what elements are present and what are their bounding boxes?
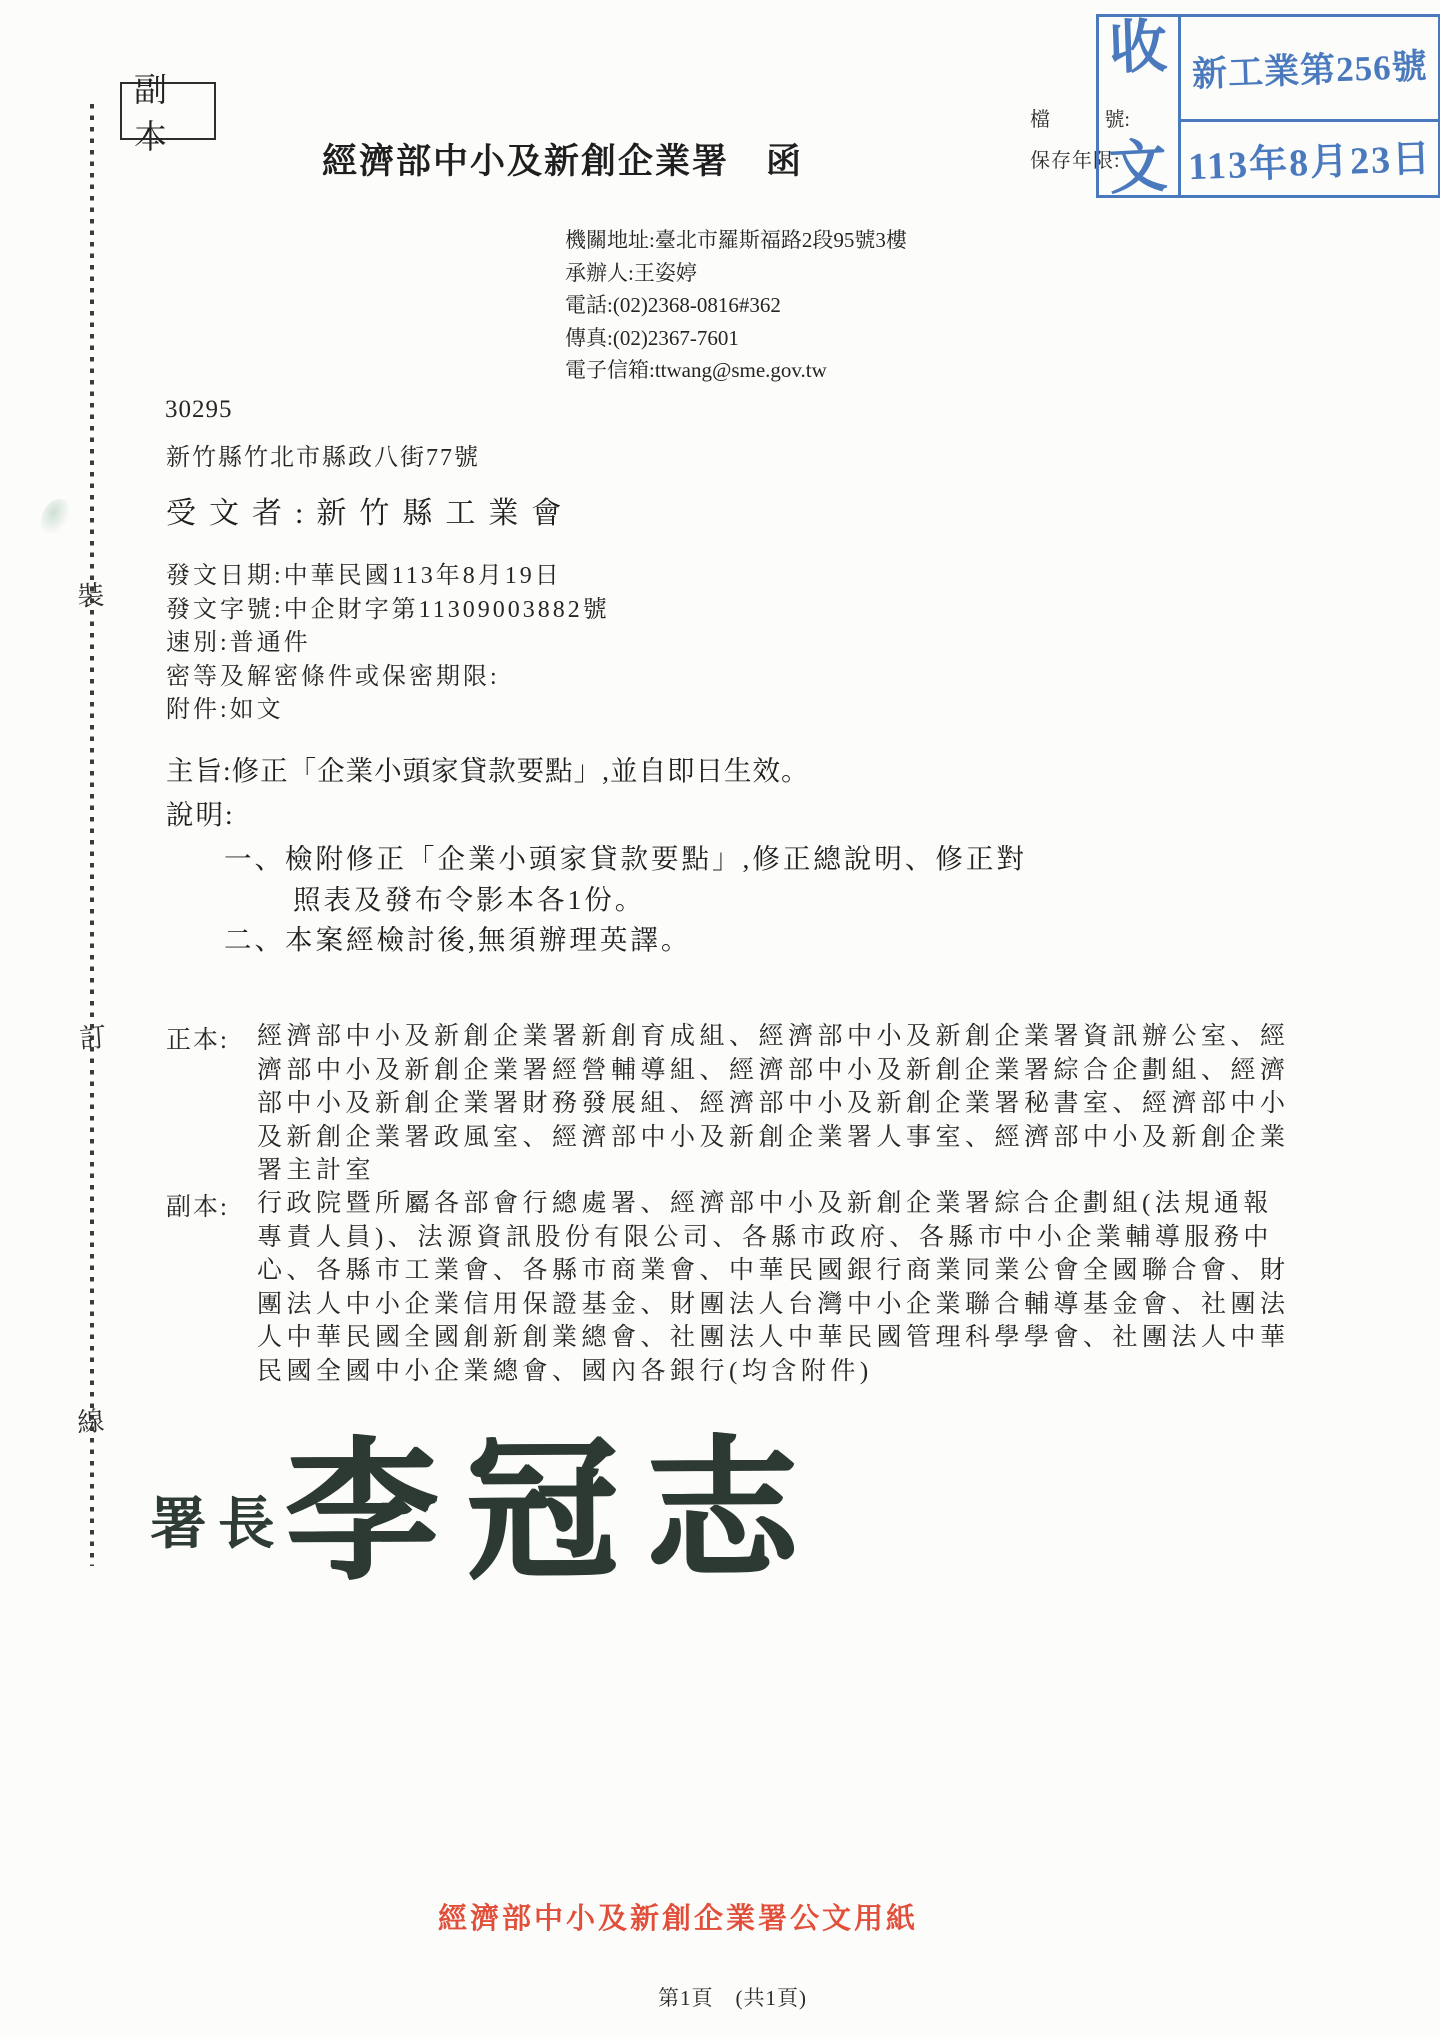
receipt-stamp-shou: 收 xyxy=(1108,18,1168,78)
meta-doc-number: 發文字號:中企財字第11309003882號 xyxy=(166,594,610,628)
sender-email: 電子信箱:ttwang@sme.gov.tw xyxy=(565,354,907,387)
receipt-stamp-date: 113年8月23日 xyxy=(1187,127,1433,190)
signature-title: 署長 xyxy=(150,1480,286,1560)
explanation-item2: 二、本案經檢討後,無須辦理英譯。 xyxy=(224,917,691,957)
receipt-stamp-date-cell: 113年8月23日 xyxy=(1181,122,1438,195)
scan-smudge xyxy=(37,495,73,539)
receipt-stamp-right-column: 新工業第256號 113年8月23日 xyxy=(1181,17,1438,195)
signature-name: 李冠志 xyxy=(285,1401,826,1624)
binding-dotted-line xyxy=(90,104,94,1566)
fuben-content: 行政院暨所屬各部會行總處署、經濟部中小及新創企業署綜合企劃組(法規通報 專責人員… xyxy=(257,1187,1317,1388)
recipient-address: 新竹縣竹北市縣政八街77號 xyxy=(166,437,480,472)
recipient-zip: 30295 xyxy=(165,396,233,424)
sender-address: 機關地址:臺北市羅斯福路2段95號3樓 xyxy=(565,224,907,257)
sender-contact: 承辦人:王姿婷 xyxy=(565,257,907,290)
receipt-stamp-wen: 文 xyxy=(1108,138,1169,196)
receipt-stamp-docno-cell: 新工業第256號 xyxy=(1181,17,1438,122)
scanned-official-letter: 副本 裝 訂 線 檔 號: 保存年限: 收 文 新工業第256號 113年8月2… xyxy=(0,0,1440,2037)
receipt-stamp: 收 文 新工業第256號 113年8月23日 xyxy=(1096,14,1440,198)
recipient-line: 受文者:新竹縣工業會 xyxy=(166,488,574,532)
document-title: 經濟部中小及新創企業署 函 xyxy=(322,134,803,184)
footer-paper-label: 經濟部中小及新創企業署公文用紙 xyxy=(438,1896,918,1937)
copy-stamp-label: 副本 xyxy=(122,64,214,158)
zhengben-content: 經濟部中小及新創企業署新創育成組、經濟部中小及新創企業署資訊辦公室、經 濟部中小… xyxy=(257,1020,1317,1188)
meta-speed: 速別:普通件 xyxy=(166,627,610,661)
receipt-stamp-left-column: 收 文 xyxy=(1099,17,1181,195)
meta-classification: 密等及解密條件或保密期限: xyxy=(166,661,610,695)
fuben-label: 副本: xyxy=(166,1187,229,1223)
page-number: 第1頁 (共1頁) xyxy=(658,1982,807,2012)
meta-issue-date: 發文日期:中華民國113年8月19日 xyxy=(166,560,610,594)
margin-label-xian: 線 xyxy=(76,1399,106,1440)
margin-label-zhuang: 裝 xyxy=(76,573,106,614)
file-label-dang: 檔 xyxy=(1030,103,1050,132)
margin-label-ding: 訂 xyxy=(78,1015,108,1056)
explanation-item1-line1: 一、檢附修正「企業小頭家貸款要點」,修正總說明、修正對 xyxy=(224,836,1027,876)
receipt-stamp-doc-no: 新工業第256號 xyxy=(1191,39,1428,97)
document-meta-block: 發文日期:中華民國113年8月19日 發文字號:中企財字第11309003882… xyxy=(166,560,610,728)
explanation-item1-line2: 照表及發布令影本各1份。 xyxy=(293,877,645,917)
sender-info-block: 機關地址:臺北市羅斯福路2段95號3樓 承辦人:王姿婷 電話:(02)2368-… xyxy=(565,224,907,387)
sender-phone: 電話:(02)2368-0816#362 xyxy=(565,289,907,322)
subject-line: 主旨:修正「企業小頭家貸款要點」,並自即日生效。 xyxy=(166,748,810,788)
copy-stamp-box: 副本 xyxy=(120,82,216,140)
sender-fax: 傳真:(02)2367-7601 xyxy=(565,322,907,355)
explanation-label: 說明: xyxy=(166,792,235,832)
meta-attachment: 附件:如文 xyxy=(166,694,610,728)
zhengben-label: 正本: xyxy=(166,1020,229,1056)
